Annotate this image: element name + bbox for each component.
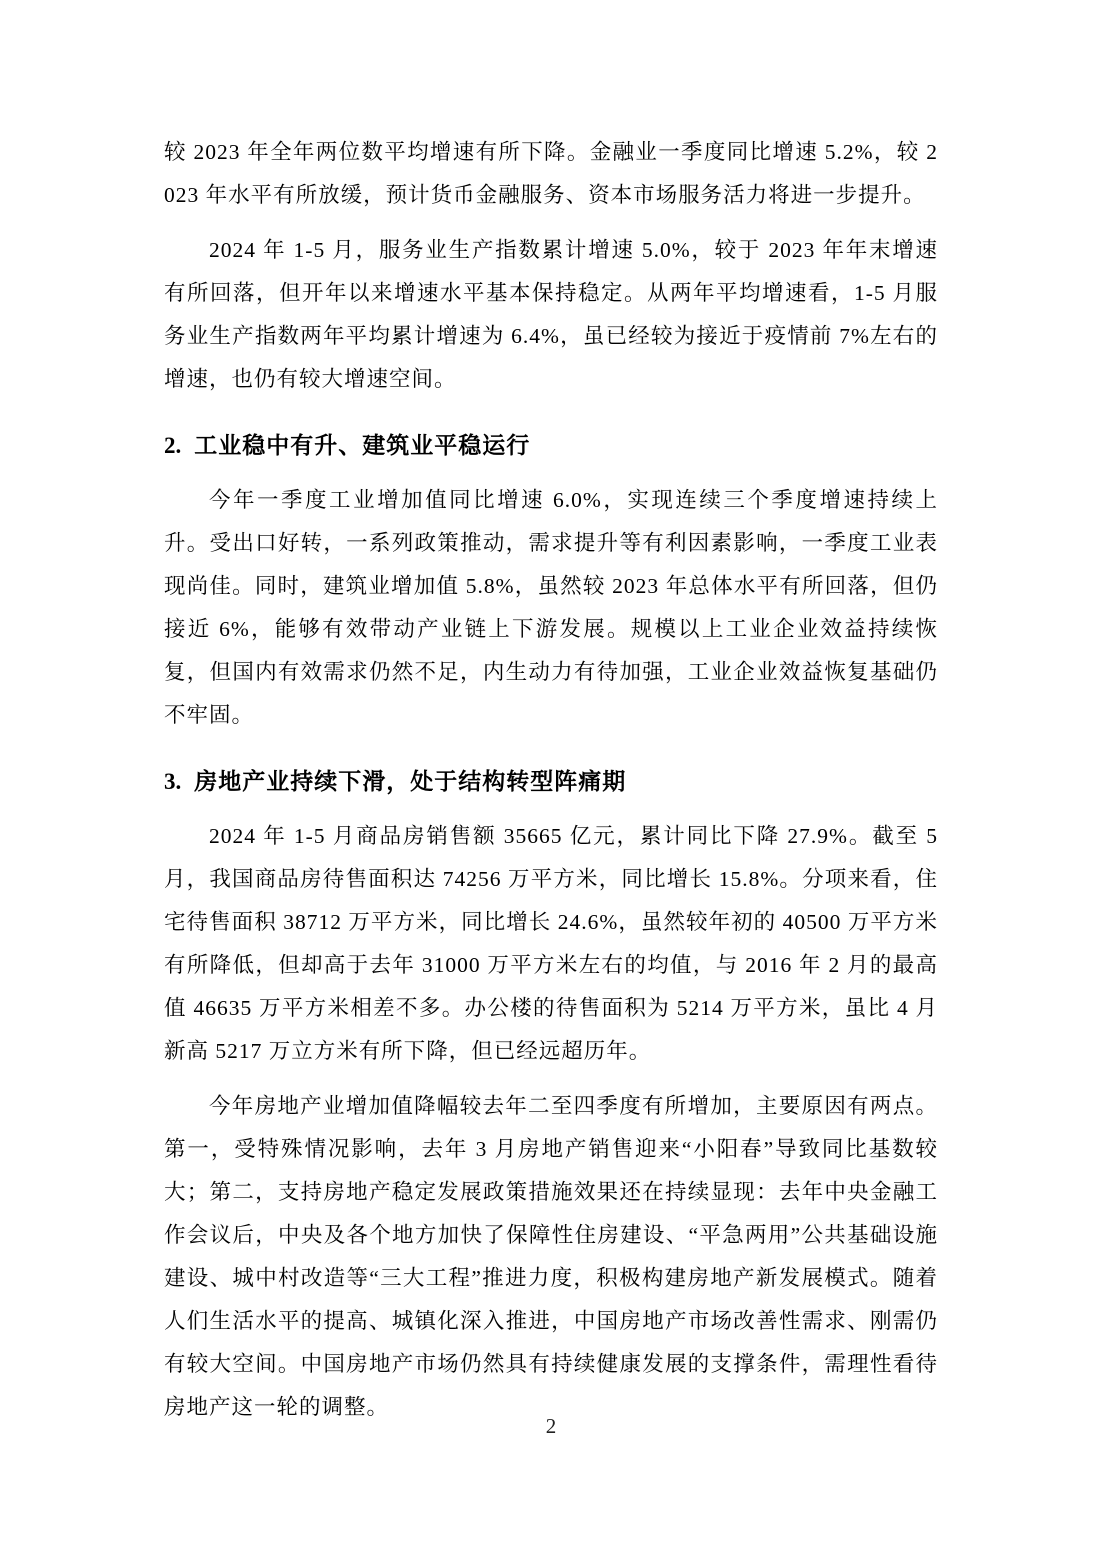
page-content: 较 2023 年全年两位数平均增速有所下降。金融业一季度同比增速 5.2%，较 …	[164, 131, 938, 1441]
section-number: 2.	[164, 424, 181, 467]
section-title: 房地产业持续下滑，处于结构转型阵痛期	[194, 769, 626, 794]
section-heading-industry: 2.工业稳中有升、建筑业平稳运行	[164, 424, 938, 467]
paragraph-industry: 今年一季度工业增加值同比增速 6.0%，实现连续三个季度增速持续上升。受出口好转…	[164, 479, 938, 737]
paragraph-continuation: 较 2023 年全年两位数平均增速有所下降。金融业一季度同比增速 5.2%，较 …	[164, 131, 938, 217]
page-footer: 2	[0, 1412, 1102, 1440]
document-page: 较 2023 年全年两位数平均增速有所下降。金融业一季度同比增速 5.2%，较 …	[0, 0, 1102, 1559]
paragraph-realestate-sales: 2024 年 1-5 月商品房销售额 35665 亿元，累计同比下降 27.9%…	[164, 815, 938, 1073]
page-number: 2	[546, 1414, 557, 1438]
section-number: 3.	[164, 760, 181, 803]
paragraph-services-index: 2024 年 1-5 月，服务业生产指数累计增速 5.0%，较于 2023 年年…	[164, 229, 938, 401]
paragraph-realestate-outlook: 今年房地产业增加值降幅较去年二至四季度有所增加，主要原因有两点。第一，受特殊情况…	[164, 1085, 938, 1429]
section-title: 工业稳中有升、建筑业平稳运行	[194, 433, 530, 458]
section-heading-realestate: 3.房地产业持续下滑，处于结构转型阵痛期	[164, 760, 938, 803]
